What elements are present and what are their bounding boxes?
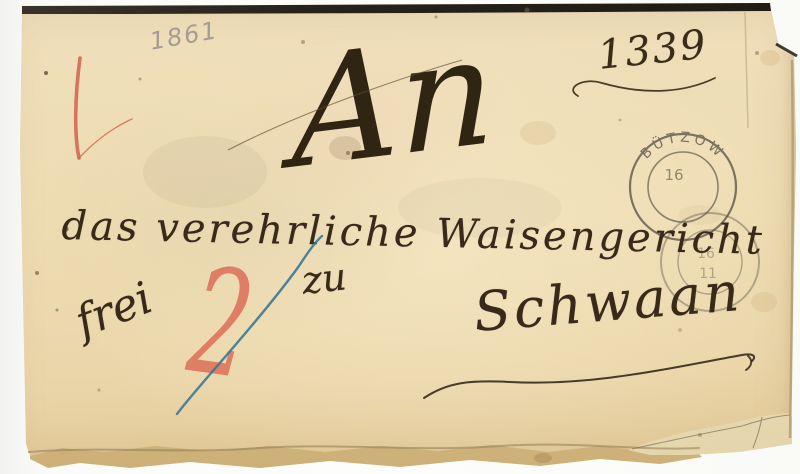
fold-step-edge — [776, 44, 797, 56]
marks-layer — [0, 0, 800, 474]
red-checkmark-icon — [76, 58, 132, 158]
fold-crease-line — [745, 12, 748, 128]
destination-underline-flourish — [424, 354, 754, 398]
tear-crack-lines — [632, 415, 790, 449]
salutation-hairline-flourish — [228, 60, 462, 150]
destination-comma — [746, 356, 751, 370]
registry-underline-flourish — [573, 78, 715, 96]
right-edge-shadow — [790, 60, 793, 438]
blue-crayon-stroke — [177, 236, 322, 414]
bottom-edge-shadow — [28, 445, 700, 452]
letter-scan: BÜTZOW 16 16 11 1861 1339 An das verehrl… — [0, 0, 800, 474]
